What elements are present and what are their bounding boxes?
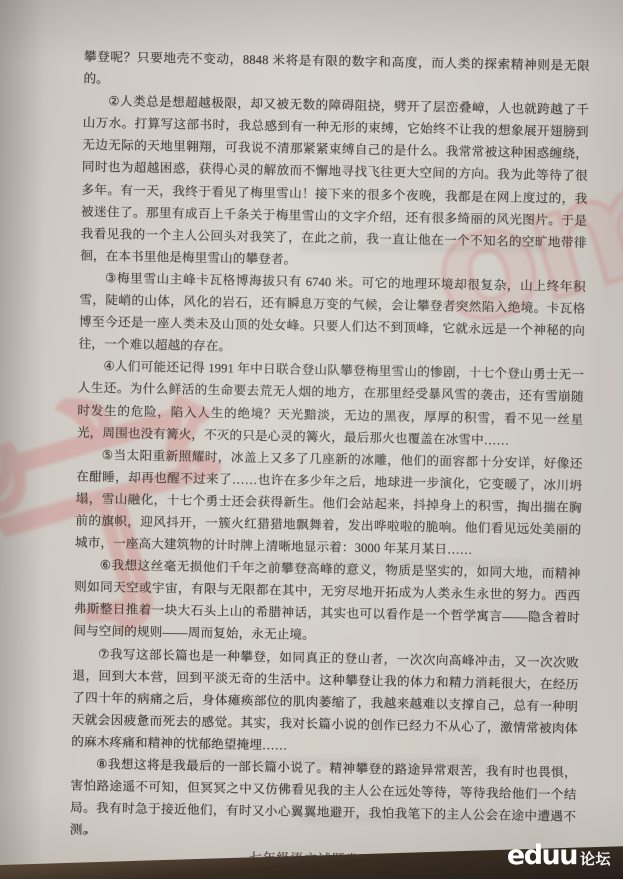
paragraph-3: ③梅里雪山主峰卡瓦格博海拔只有 6740 米。可它的地理环境却很复杂，山上终年积… bbox=[78, 267, 586, 365]
paragraph-2: ②人类总是想超越极限，却又被无数的障碍阻挠，劈开了层峦叠嶂，人也就跨越了千山万水… bbox=[80, 90, 589, 276]
paragraph-6: ⑥我想这丝毫无损他们千年之前攀登高峰的意义，物质是坚实的，如同大地，而精神则如同… bbox=[73, 554, 581, 652]
paragraph-5: ⑤当太阳重新照耀时，冰盖上又多了几座新的冰雕，他们的面容都十分安详，好像还在酣睡… bbox=[75, 443, 583, 563]
paragraph-8: ⑧我想这将是我最后的一部长篇小说了。精神攀登的路途异常艰苦，我有时也畏惧，害怕路… bbox=[69, 753, 577, 851]
exam-text-block: 攀登呢？只要地壳不变动，8848 米将是有限的数字和高度，而人类的探索精神则是无… bbox=[69, 46, 590, 876]
eduu-logo-text: eduu bbox=[507, 840, 577, 871]
paragraph-7: ⑦我写这部长篇也是一种攀登，如同真正的登山者，一次次向高峰冲击，又一次次败退，回… bbox=[71, 642, 579, 762]
paragraph-4: ④人们可能还记得 1991 年中日联合登山队攀登梅里雪山的惨剧，十七个登山勇士无… bbox=[77, 355, 585, 453]
eduu-logo-suffix: 论坛 bbox=[580, 848, 611, 869]
eduu-logo: eduu 论坛 bbox=[507, 840, 611, 871]
photographed-exam-page: 宁 om 攀登呢？只要地壳不变动，8848 米将是有限的数字和高度，而人类的探索… bbox=[0, 0, 623, 879]
dust-speck bbox=[85, 831, 88, 834]
